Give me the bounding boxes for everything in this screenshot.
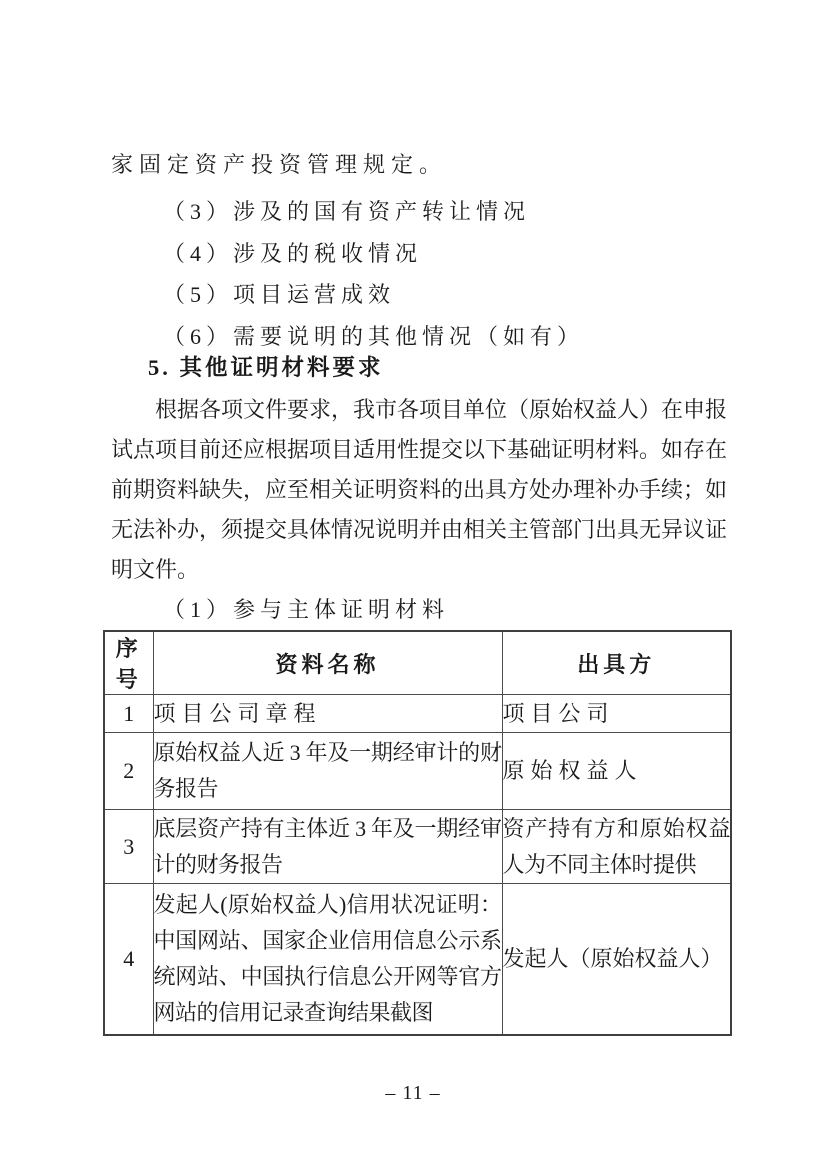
section-heading: 5. 其他证明材料要求 (148, 352, 384, 383)
list-item-4: （4）涉及的税收情况 (163, 233, 584, 275)
body-paragraph: 根据各项文件要求，我市各项目单位（原始权益人）在申报试点项目前还应根据项目适用性… (111, 390, 727, 590)
cell-name: 项目公司章程 (153, 695, 502, 733)
cell-issuer: 项目公司 (502, 695, 731, 733)
cell-name: 原始权益人近 3 年及一期经审计的财务报告 (153, 733, 502, 810)
cell-issuer: 资产持有方和原始权益人为不同主体时提供 (502, 810, 731, 884)
table-row: 3 底层资产持有主体近 3 年及一期经审计的财务报告 资产持有方和原始权益人为不… (104, 810, 731, 884)
cell-seq: 4 (104, 884, 153, 1035)
subsection-heading: （1）参与主体证明材料 (163, 595, 449, 625)
col-header-issuer: 出具方 (502, 631, 731, 695)
col-header-name: 资料名称 (153, 631, 502, 695)
cell-issuer: 原始权益人 (502, 733, 731, 810)
cell-seq: 2 (104, 733, 153, 810)
cell-issuer: 发起人（原始权益人） (502, 884, 731, 1035)
document-page: 家固定资产投资管理规定。 （3）涉及的国有资产转让情况 （4）涉及的税收情况 （… (0, 0, 826, 1169)
list-item-5: （5）项目运营成效 (163, 274, 584, 316)
list-item-6: （6）需要说明的其他情况（如有） (163, 316, 584, 358)
materials-table: 序号 资料名称 出具方 1 项目公司章程 项目公司 2 原始权益人近 3 年及一… (103, 630, 732, 1036)
col-header-seq: 序号 (104, 631, 153, 695)
cell-seq: 1 (104, 695, 153, 733)
table-row: 4 发起人(原始权益人)信用状况证明：中国网站、国家企业信用信息公示系统网站、中… (104, 884, 731, 1035)
table-header-row: 序号 资料名称 出具方 (104, 631, 731, 695)
page-number: – 11 – (0, 1082, 826, 1105)
paragraph-continuation-line: 家固定资产投资管理规定。 (111, 150, 447, 180)
cell-name: 发起人(原始权益人)信用状况证明：中国网站、国家企业信用信息公示系统网站、中国执… (153, 884, 502, 1035)
numbered-list: （3）涉及的国有资产转让情况 （4）涉及的税收情况 （5）项目运营成效 （6）需… (163, 191, 584, 357)
cell-name: 底层资产持有主体近 3 年及一期经审计的财务报告 (153, 810, 502, 884)
table-row: 1 项目公司章程 项目公司 (104, 695, 731, 733)
cell-seq: 3 (104, 810, 153, 884)
table-row: 2 原始权益人近 3 年及一期经审计的财务报告 原始权益人 (104, 733, 731, 810)
list-item-3: （3）涉及的国有资产转让情况 (163, 191, 584, 233)
